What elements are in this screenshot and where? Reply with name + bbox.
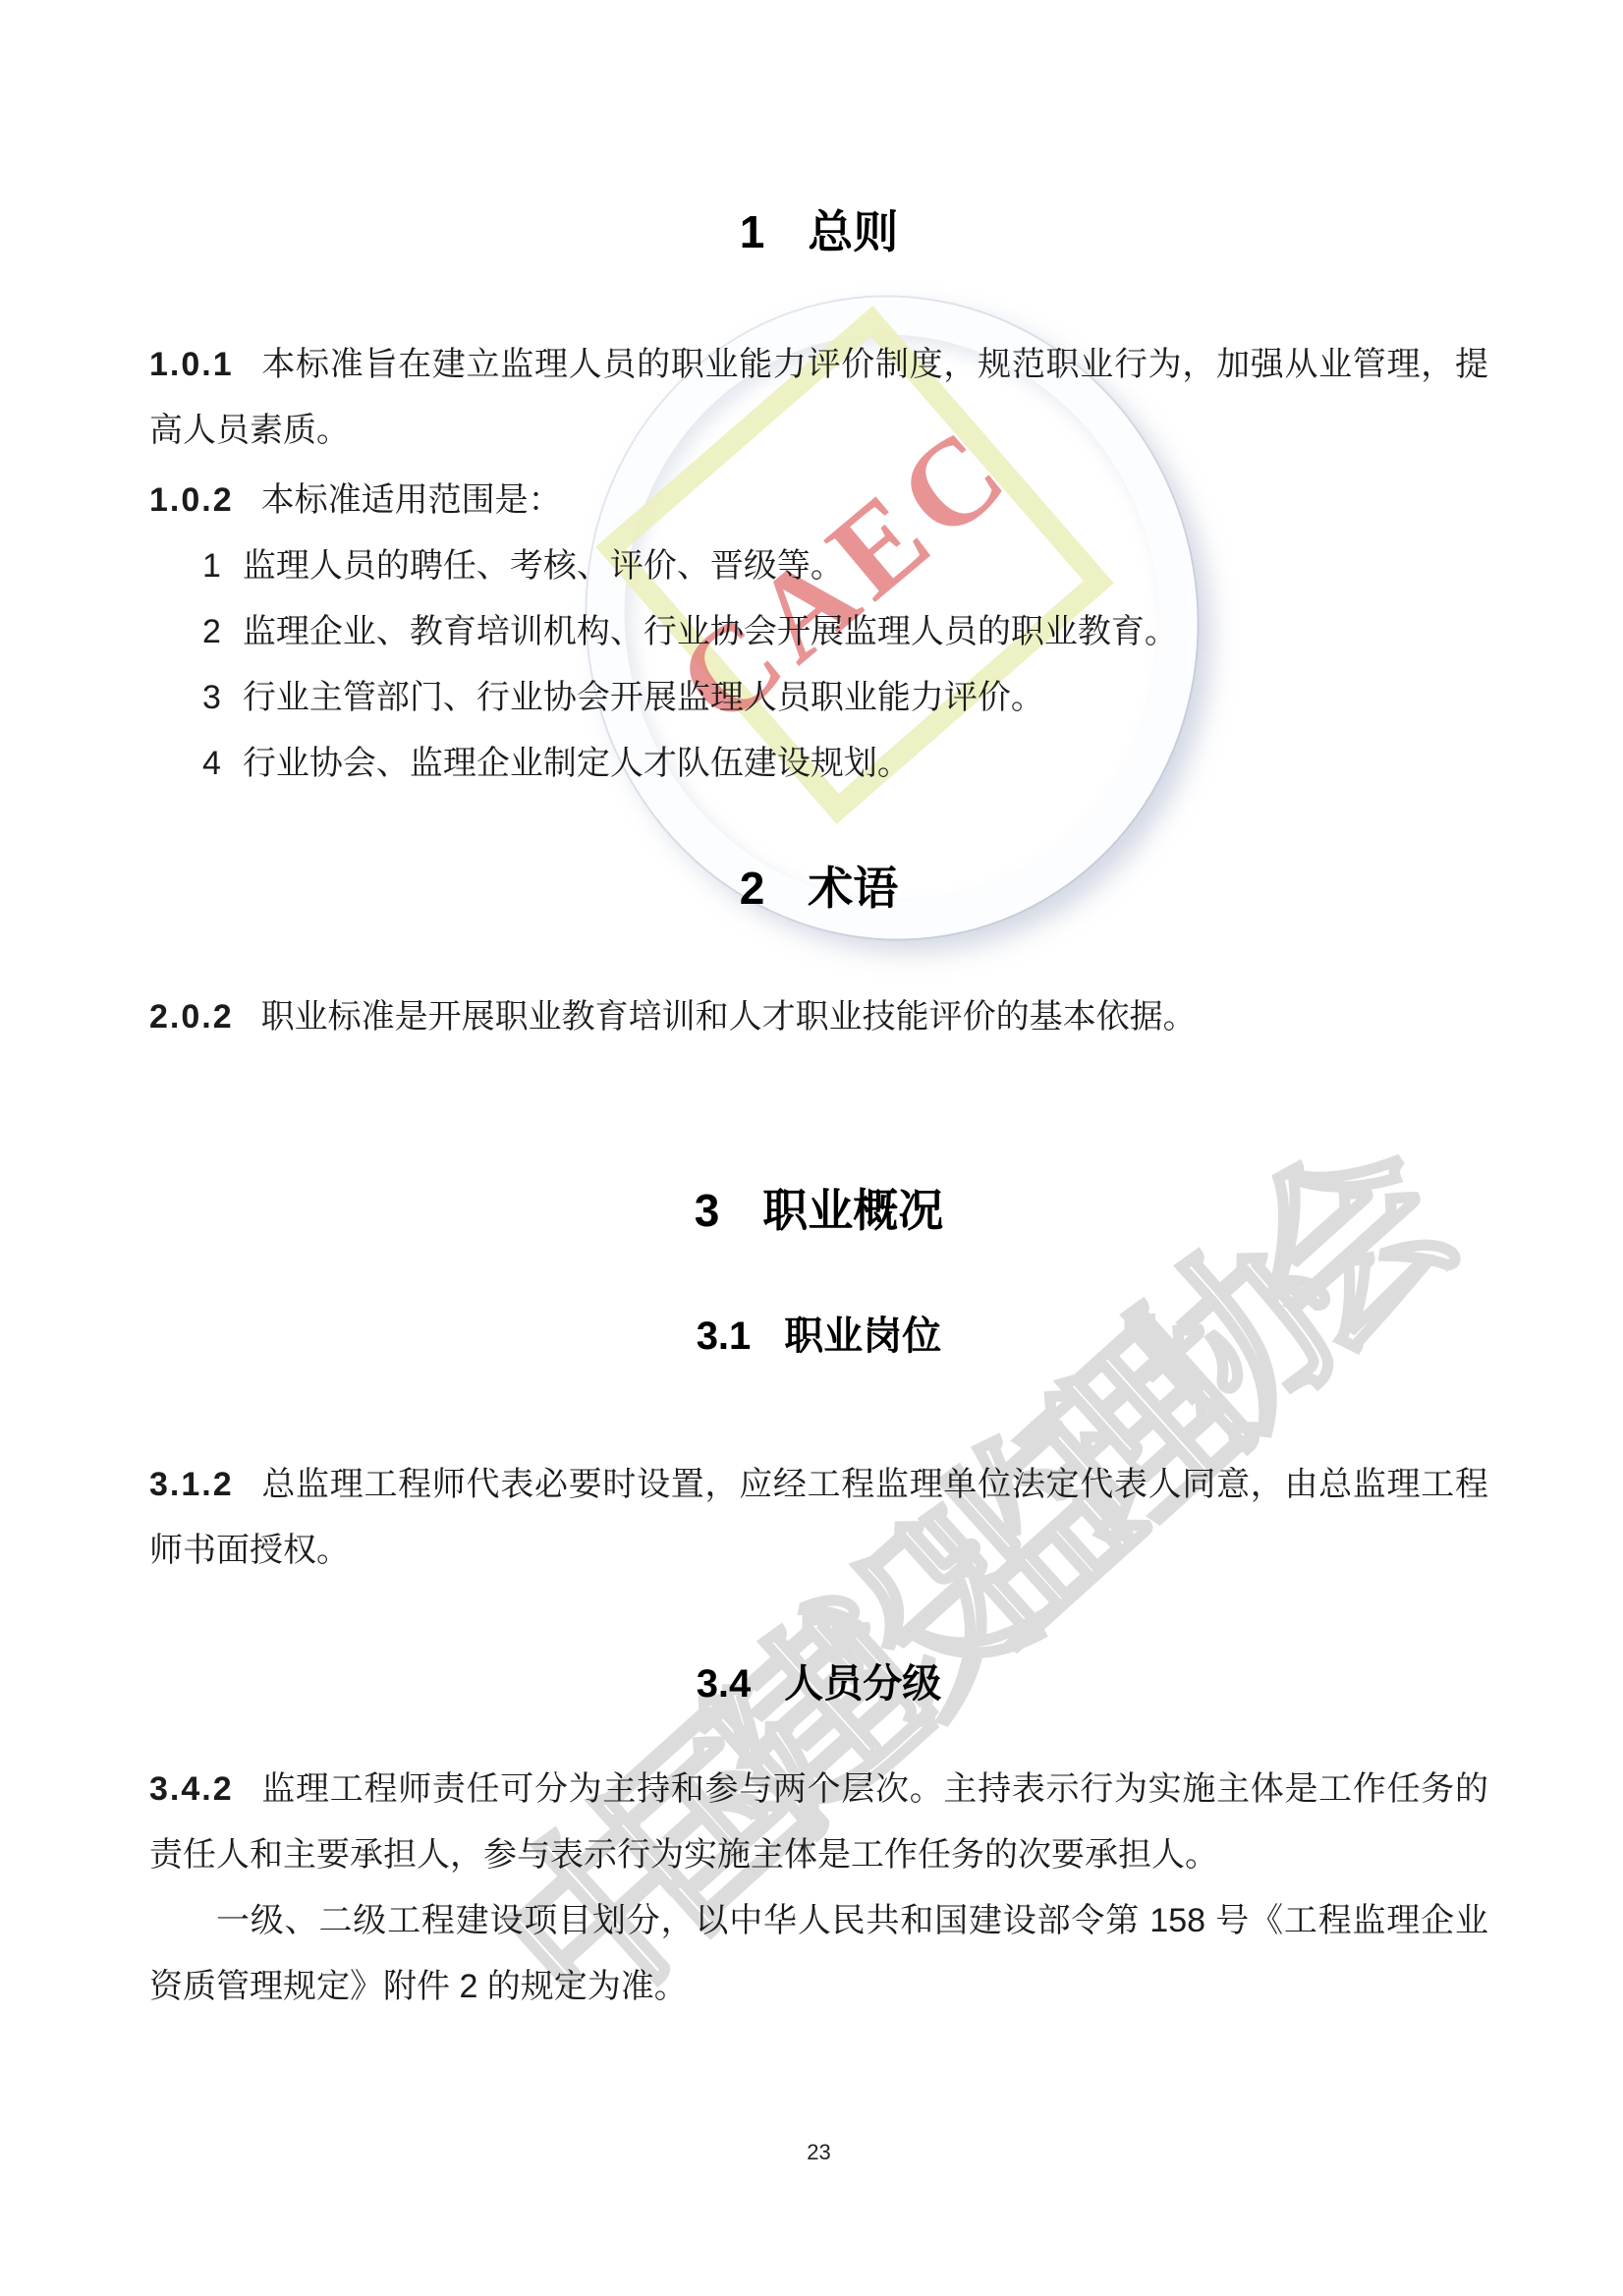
section-3-1-title: 职业岗位 — [784, 1315, 941, 1358]
list-item-1-number: 1 — [202, 547, 221, 585]
section-3-1-heading: 3.1职业岗位 — [149, 1305, 1488, 1361]
list-item-1: 1监理人员的聘任、考核、评价、晋级等。 — [202, 533, 1488, 599]
section-3-1-number: 3.1 — [697, 1315, 752, 1358]
clause-2-0-2-number: 2.0.2 — [149, 998, 234, 1036]
page-number: 23 — [149, 2140, 1488, 2165]
section-2-heading: 2术语 — [149, 853, 1488, 918]
clause-1-0-2: 1.0.2本标准适用范围是： — [149, 468, 1488, 533]
document-page: CAEC 中国建设监理协会 1总则 1.0.1本标准旨在建立监理人员的职业能力评… — [0, 0, 1623, 2296]
clause-1-0-1-number: 1.0.1 — [149, 346, 234, 383]
section-1-number: 1 — [740, 206, 765, 257]
paragraph-project-grades-text: 一级、二级工程建设项目划分，以中华人民共和国建设部令第 158 号《工程监理企业… — [149, 1902, 1488, 2005]
clause-1-0-2-number: 1.0.2 — [149, 481, 234, 519]
clause-3-4-2: 3.4.2监理工程师责任可分为主持和参与两个层次。主持表示行为实施主体是工作任务… — [149, 1757, 1488, 1888]
clause-1-0-2-text: 本标准适用范围是： — [261, 481, 562, 519]
section-3-4-heading: 3.4人员分级 — [149, 1652, 1488, 1708]
section-3-4-number: 3.4 — [697, 1662, 752, 1706]
clause-3-1-2: 3.1.2总监理工程师代表必要时设置，应经工程监理单位法定代表人同意，由总监理工… — [149, 1452, 1488, 1584]
list-item-4-text: 行业协会、监理企业制定人才队伍建设规划。 — [243, 745, 911, 782]
list-item-2: 2监理企业、教育培训机构、行业协会开展监理人员的职业教育。 — [202, 599, 1488, 665]
list-item-4-number: 4 — [202, 745, 221, 782]
list-item-2-text: 监理企业、教育培训机构、行业协会开展监理人员的职业教育。 — [243, 613, 1178, 650]
clause-2-0-2: 2.0.2职业标准是开展职业教育培训和人才职业技能评价的基本依据。 — [149, 984, 1488, 1050]
paragraph-project-grades: 一级、二级工程建设项目划分，以中华人民共和国建设部令第 158 号《工程监理企业… — [149, 1888, 1488, 2020]
clause-3-1-2-number: 3.1.2 — [149, 1466, 234, 1503]
clause-3-4-2-text: 监理工程师责任可分为主持和参与两个层次。主持表示行为实施主体是工作任务的责任人和… — [149, 1770, 1488, 1874]
section-3-title: 职业概况 — [762, 1185, 943, 1236]
clause-3-1-2-text: 总监理工程师代表必要时设置，应经工程监理单位法定代表人同意，由总监理工程师书面授… — [149, 1466, 1488, 1569]
clause-1-0-1-text: 本标准旨在建立监理人员的职业能力评价制度，规范职业行为，加强从业管理，提高人员素… — [149, 346, 1488, 449]
section-1-heading: 1总则 — [149, 196, 1488, 261]
section-3-number: 3 — [695, 1185, 720, 1236]
list-item-4: 4行业协会、监理企业制定人才队伍建设规划。 — [202, 731, 1488, 797]
list-item-3-number: 3 — [202, 679, 221, 716]
list-item-1-text: 监理人员的聘任、考核、评价、晋级等。 — [243, 547, 844, 585]
section-3-heading: 3职业概况 — [149, 1175, 1488, 1240]
list-item-3-text: 行业主管部门、行业协会开展监理人员职业能力评价。 — [243, 679, 1044, 716]
clause-2-0-2-text: 职业标准是开展职业教育培训和人才职业技能评价的基本依据。 — [261, 998, 1197, 1036]
clause-3-4-2-number: 3.4.2 — [149, 1770, 234, 1808]
list-item-3: 3行业主管部门、行业协会开展监理人员职业能力评价。 — [202, 665, 1488, 731]
scope-list: 1监理人员的聘任、考核、评价、晋级等。 2监理企业、教育培训机构、行业协会开展监… — [149, 533, 1488, 797]
section-2-number: 2 — [740, 863, 765, 914]
section-2-title: 术语 — [808, 863, 898, 914]
section-1-title: 总则 — [808, 206, 898, 257]
section-3-4-title: 人员分级 — [784, 1662, 941, 1706]
list-item-2-number: 2 — [202, 613, 221, 650]
clause-1-0-1: 1.0.1本标准旨在建立监理人员的职业能力评价制度，规范职业行为，加强从业管理，… — [149, 332, 1488, 464]
